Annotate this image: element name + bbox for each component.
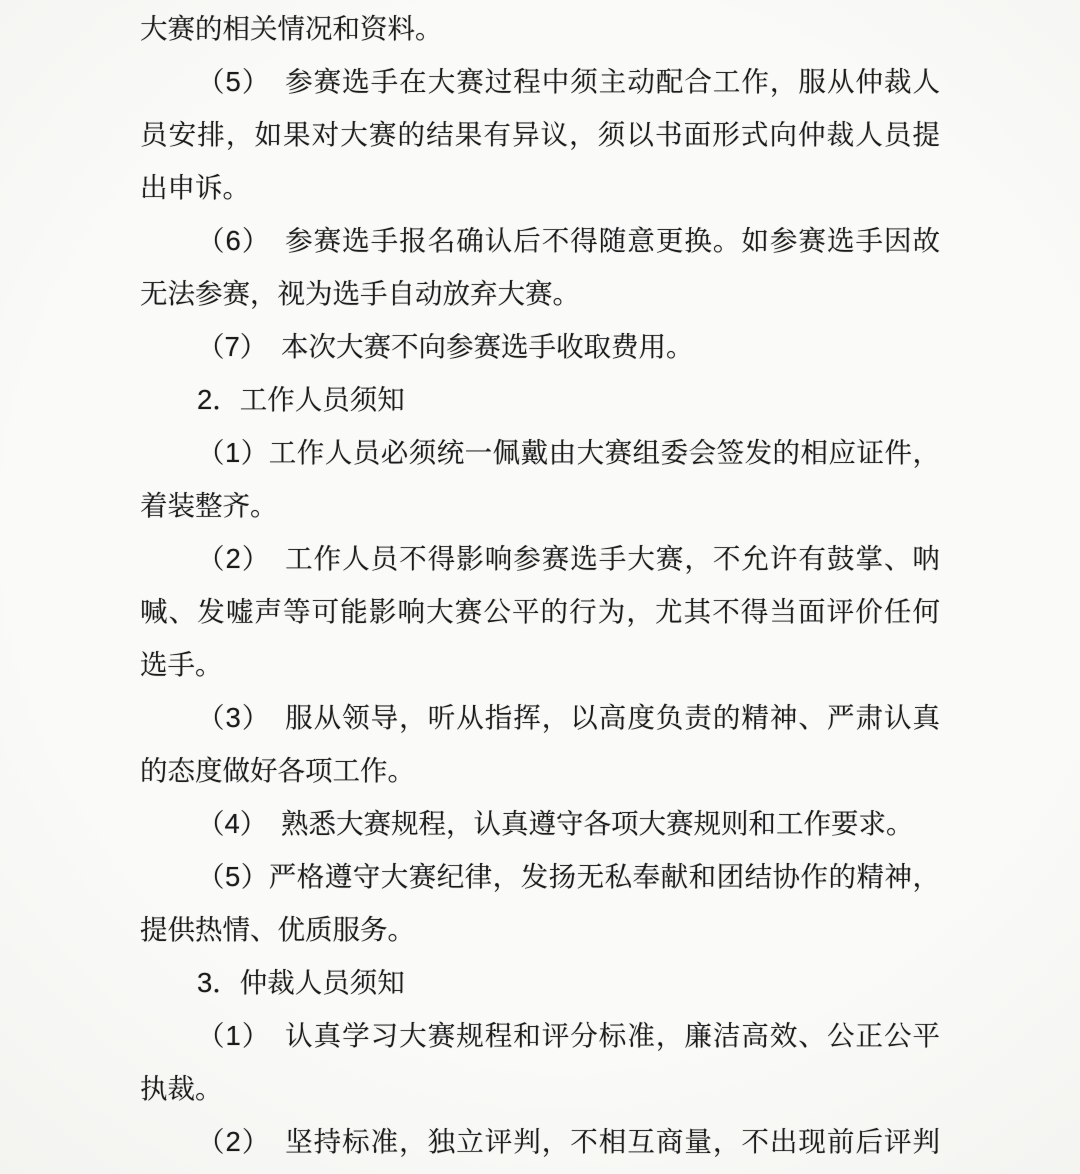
text-line: （1）工作人员必须统一佩戴由大赛组委会签发的相应证件， <box>140 426 940 479</box>
text-line: 喊、发嘘声等可能影响大赛公平的行为，尤其不得当面评价任何 <box>140 585 940 638</box>
text-line: （3） 服从领导，听从指挥，以高度负责的精神、严肃认真 <box>140 691 940 744</box>
document-text-block: 大赛的相关情况和资料。（5） 参赛选手在大赛过程中须主动配合工作，服从仲裁人员安… <box>140 2 940 1168</box>
text-line: （7） 本次大赛不向参赛选手收取费用。 <box>140 320 940 373</box>
text-line: 执裁。 <box>140 1062 940 1115</box>
text-line: （1） 认真学习大赛规程和评分标准，廉洁高效、公正公平 <box>140 1009 940 1062</box>
text-line: （5） 参赛选手在大赛过程中须主动配合工作，服从仲裁人 <box>140 55 940 108</box>
text-line: 2．工作人员须知 <box>140 373 940 426</box>
text-line: （2） 坚持标准，独立评判，不相互商量，不出现前后评判 <box>140 1115 940 1168</box>
text-line: 3．仲裁人员须知 <box>140 956 940 1009</box>
document-page: 大赛的相关情况和资料。（5） 参赛选手在大赛过程中须主动配合工作，服从仲裁人员安… <box>0 0 1080 1174</box>
text-line: 提供热情、优质服务。 <box>140 903 940 956</box>
text-line: （5）严格遵守大赛纪律，发扬无私奉献和团结协作的精神， <box>140 850 940 903</box>
text-line: （6） 参赛选手报名确认后不得随意更换。如参赛选手因故 <box>140 214 940 267</box>
text-line: （4） 熟悉大赛规程，认真遵守各项大赛规则和工作要求。 <box>140 797 940 850</box>
text-line: 无法参赛，视为选手自动放弃大赛。 <box>140 267 940 320</box>
text-line: 着装整齐。 <box>140 479 940 532</box>
text-line: 选手。 <box>140 638 940 691</box>
text-line: 的态度做好各项工作。 <box>140 744 940 797</box>
text-line: （2） 工作人员不得影响参赛选手大赛，不允许有鼓掌、呐 <box>140 532 940 585</box>
text-line: 员安排，如果对大赛的结果有异议，须以书面形式向仲裁人员提 <box>140 108 940 161</box>
text-line: 出申诉。 <box>140 161 940 214</box>
text-line: 大赛的相关情况和资料。 <box>140 2 940 55</box>
